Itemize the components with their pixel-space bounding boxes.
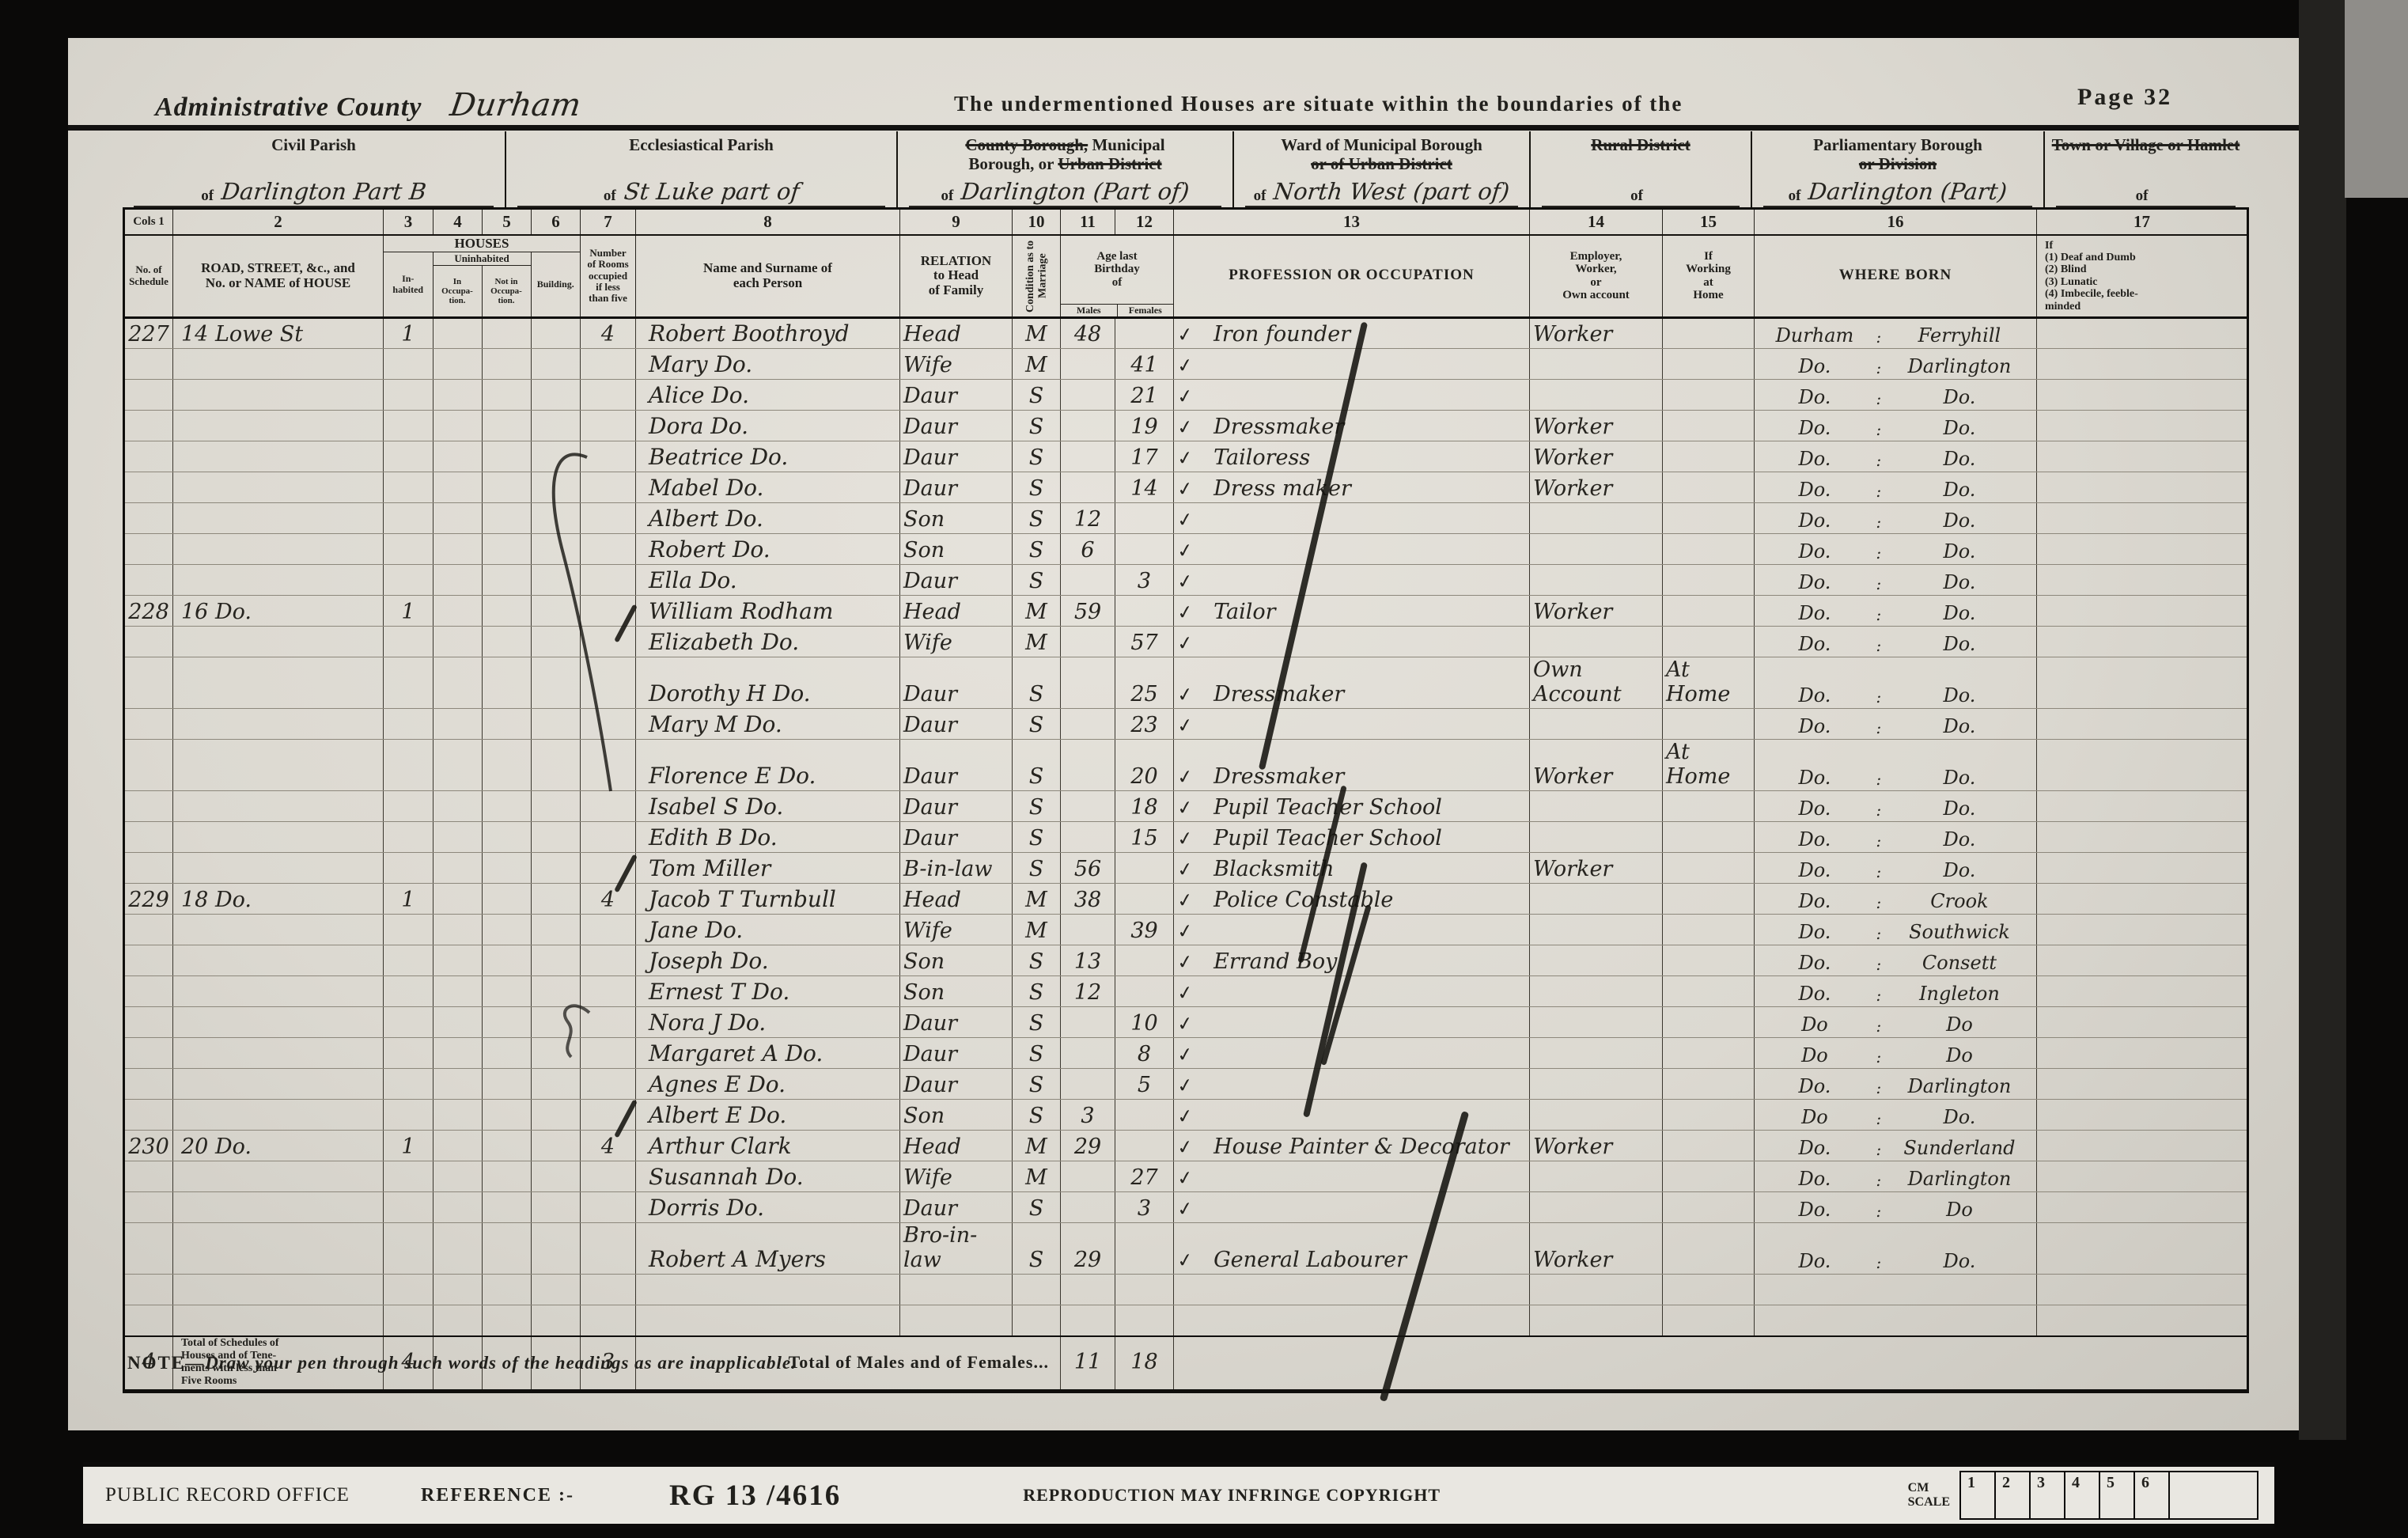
district-value: of bbox=[1542, 178, 1740, 207]
cell-uninhabited-not bbox=[483, 1007, 532, 1038]
cell-address bbox=[173, 1038, 384, 1069]
cell-name: Margaret A Do. bbox=[636, 1038, 900, 1069]
cell-rooms bbox=[581, 349, 636, 380]
cell-name: Arthur Clark bbox=[636, 1131, 900, 1161]
cell-age-male: 59 bbox=[1061, 596, 1115, 627]
cell-schedule bbox=[124, 503, 173, 534]
cell-age-male: 12 bbox=[1061, 503, 1115, 534]
cell-infirmity bbox=[2037, 411, 2248, 441]
cell-at-home bbox=[1663, 915, 1755, 945]
cell-employer bbox=[1530, 503, 1663, 534]
cell-schedule: 230 bbox=[124, 1131, 173, 1161]
cell-condition: S bbox=[1013, 791, 1061, 822]
header-in-occupation: In Occupa- tion. bbox=[434, 266, 483, 316]
cell-building bbox=[532, 791, 581, 822]
cell-condition: M bbox=[1013, 1131, 1061, 1161]
cell-at-home bbox=[1663, 411, 1755, 441]
cell-rooms bbox=[581, 740, 636, 791]
cell-infirmity bbox=[2037, 1131, 2248, 1161]
district-box-rural-district: Rural Districtof bbox=[1531, 131, 1752, 207]
census-row: 22918 Do.14Jacob T TurnbullHeadM38✓Polic… bbox=[124, 884, 2248, 915]
cell-where-born bbox=[1755, 1275, 2037, 1305]
cell-where-born: Do:Do. bbox=[1755, 1100, 2037, 1131]
cell-relation: Son bbox=[900, 1100, 1013, 1131]
cell-age-female bbox=[1115, 1100, 1174, 1131]
cell-building bbox=[532, 627, 581, 657]
cell-condition: S bbox=[1013, 657, 1061, 709]
district-label: Rural District bbox=[1535, 136, 1746, 155]
census-row: Albert Do.SonS12✓Do.:Do. bbox=[124, 503, 2248, 534]
header-houses-group: HOUSES In- habited Uninhabited In Occupa… bbox=[384, 235, 581, 318]
cell-inhabited: 1 bbox=[384, 596, 434, 627]
cell-name: Ernest T Do. bbox=[636, 976, 900, 1007]
cell-employer bbox=[1530, 884, 1663, 915]
census-row: Nora J Do.DaurS10✓Do:Do bbox=[124, 1007, 2248, 1038]
cell-building bbox=[532, 945, 581, 976]
cell-occupation: ✓ bbox=[1174, 534, 1530, 565]
cell-age-female: 20 bbox=[1115, 740, 1174, 791]
cell-name: Dora Do. bbox=[636, 411, 900, 441]
cell-age-female bbox=[1115, 503, 1174, 534]
census-row: Dora Do.DaurS19✓DressmakerWorkerDo.:Do. bbox=[124, 411, 2248, 441]
cell-infirmity bbox=[2037, 1275, 2248, 1305]
header-females: Females bbox=[1118, 305, 1174, 316]
cell-where-born: Do.:Do. bbox=[1755, 596, 2037, 627]
cell-age-female bbox=[1115, 976, 1174, 1007]
cell-occupation: ✓ bbox=[1174, 1007, 1530, 1038]
cell-uninhabited-not bbox=[483, 627, 532, 657]
cell-address: 18 Do. bbox=[173, 884, 384, 915]
cell-inhabited bbox=[384, 1275, 434, 1305]
census-row: 22816 Do.1William RodhamHeadM59✓TailorWo… bbox=[124, 596, 2248, 627]
cell-occupation: ✓General Labourer bbox=[1174, 1223, 1530, 1275]
cell-infirmity bbox=[2037, 791, 2248, 822]
cell-schedule bbox=[124, 534, 173, 565]
census-row: Dorothy H Do.DaurS25✓DressmakerOwn Accou… bbox=[124, 657, 2248, 709]
cell-building bbox=[532, 534, 581, 565]
enumerator-tick: ✓ bbox=[1176, 796, 1195, 820]
cell-infirmity bbox=[2037, 976, 2248, 1007]
total-females: 18 bbox=[1115, 1336, 1174, 1392]
cell-schedule bbox=[124, 915, 173, 945]
cell-schedule: 227 bbox=[124, 318, 173, 349]
census-row: Beatrice Do.DaurS17✓TailoressWorkerDo.:D… bbox=[124, 441, 2248, 472]
enumerator-tick: ✓ bbox=[1176, 827, 1195, 851]
cell-building bbox=[532, 318, 581, 349]
cell-inhabited bbox=[384, 1100, 434, 1131]
cell-occupation: ✓ bbox=[1174, 1100, 1530, 1131]
film-edge-corner bbox=[2345, 0, 2408, 198]
cell-rooms bbox=[581, 791, 636, 822]
district-label: Town or Village or Hamlet bbox=[2050, 136, 2242, 155]
cell-employer bbox=[1530, 1038, 1663, 1069]
cell-name: Jane Do. bbox=[636, 915, 900, 945]
cell-uninhabited-not bbox=[483, 945, 532, 976]
cell-at-home bbox=[1663, 349, 1755, 380]
cell-inhabited bbox=[384, 1223, 434, 1275]
census-table: Cols 1 2 3 4 5 6 7 8 9 10 11 12 13 14 15… bbox=[123, 207, 2249, 1393]
cell-relation: Daur bbox=[900, 472, 1013, 503]
cell-building bbox=[532, 1275, 581, 1305]
cell-age-female bbox=[1115, 853, 1174, 884]
cell-infirmity bbox=[2037, 1069, 2248, 1100]
col-num-7: 7 bbox=[581, 209, 636, 235]
cell-name: Beatrice Do. bbox=[636, 441, 900, 472]
cell-address bbox=[173, 1223, 384, 1275]
cell-inhabited bbox=[384, 822, 434, 853]
cell-uninhabited-occ bbox=[434, 976, 483, 1007]
cell-inhabited bbox=[384, 534, 434, 565]
cell-rooms bbox=[581, 1069, 636, 1100]
cell-where-born: Do.:Do. bbox=[1755, 411, 2037, 441]
cell-relation: Daur bbox=[900, 657, 1013, 709]
cell-uninhabited-not bbox=[483, 915, 532, 945]
cell-address bbox=[173, 1275, 384, 1305]
cell-age-female bbox=[1115, 1223, 1174, 1275]
cell-address bbox=[173, 1305, 384, 1336]
district-label: Ecclesiastical Parish bbox=[511, 136, 892, 155]
cell-building bbox=[532, 596, 581, 627]
cell-schedule bbox=[124, 1069, 173, 1100]
cell-employer bbox=[1530, 380, 1663, 411]
cell-occupation: ✓ bbox=[1174, 1069, 1530, 1100]
cell-where-born: Do.:Do. bbox=[1755, 534, 2037, 565]
cell-at-home bbox=[1663, 791, 1755, 822]
cell-uninhabited-not bbox=[483, 1069, 532, 1100]
header-name-surname: Name and Surname of each Person bbox=[636, 235, 900, 318]
cell-age-male: 48 bbox=[1061, 318, 1115, 349]
cell-rooms bbox=[581, 853, 636, 884]
cell-uninhabited-occ bbox=[434, 740, 483, 791]
cell-name: Mabel Do. bbox=[636, 472, 900, 503]
cell-address bbox=[173, 441, 384, 472]
enumerator-tick: ✓ bbox=[1176, 714, 1195, 738]
cell-relation: Daur bbox=[900, 565, 1013, 596]
cell-occupation: ✓Dressmaker bbox=[1174, 657, 1530, 709]
enumerator-tick: ✓ bbox=[1176, 919, 1195, 944]
enumerator-tick: ✓ bbox=[1176, 1074, 1195, 1098]
cell-rooms bbox=[581, 915, 636, 945]
cell-inhabited bbox=[384, 740, 434, 791]
cell-age-female bbox=[1115, 318, 1174, 349]
cell-uninhabited-occ bbox=[434, 884, 483, 915]
cell-uninhabited-not bbox=[483, 411, 532, 441]
cell-uninhabited-occ bbox=[434, 503, 483, 534]
cell-employer bbox=[1530, 791, 1663, 822]
cell-infirmity bbox=[2037, 534, 2248, 565]
col-num-3: 3 bbox=[384, 209, 434, 235]
cell-rooms bbox=[581, 1275, 636, 1305]
cell-age-male bbox=[1061, 791, 1115, 822]
col-num-17: 17 bbox=[2037, 209, 2248, 235]
enumerator-tick: ✓ bbox=[1176, 1012, 1195, 1036]
cell-name: Mary Do. bbox=[636, 349, 900, 380]
cell-employer bbox=[1530, 1100, 1663, 1131]
cell-condition: S bbox=[1013, 740, 1061, 791]
cell-relation bbox=[900, 1275, 1013, 1305]
cell-inhabited bbox=[384, 1305, 434, 1336]
district-box-parliamentary-borough: Parliamentary Boroughor DivisionofDarlin… bbox=[1752, 131, 2045, 207]
cell-rooms bbox=[581, 709, 636, 740]
col-num-12: 12 bbox=[1115, 209, 1174, 235]
cell-age-male bbox=[1061, 1305, 1115, 1336]
census-row: Susannah Do.WifeM27✓Do.:Darlington bbox=[124, 1161, 2248, 1192]
header-working-at-home: If Working at Home bbox=[1663, 235, 1755, 318]
cell-infirmity bbox=[2037, 318, 2248, 349]
cell-infirmity bbox=[2037, 1007, 2248, 1038]
cell-inhabited: 1 bbox=[384, 1131, 434, 1161]
cell-age-female: 18 bbox=[1115, 791, 1174, 822]
cell-age-female: 19 bbox=[1115, 411, 1174, 441]
cell-schedule bbox=[124, 1223, 173, 1275]
cell-name: Isabel S Do. bbox=[636, 791, 900, 822]
cell-address bbox=[173, 915, 384, 945]
header-where-born: WHERE BORN bbox=[1755, 235, 2037, 318]
district-label: Ward of Municipal Boroughor of Urban Dis… bbox=[1239, 136, 1524, 173]
cell-where-born: Do:Do bbox=[1755, 1038, 2037, 1069]
cell-where-born: Do.:Do. bbox=[1755, 1223, 2037, 1275]
cell-age-male bbox=[1061, 657, 1115, 709]
cell-rooms bbox=[581, 596, 636, 627]
cell-at-home bbox=[1663, 503, 1755, 534]
cell-uninhabited-not bbox=[483, 441, 532, 472]
cell-condition: S bbox=[1013, 534, 1061, 565]
cell-inhabited bbox=[384, 472, 434, 503]
cell-name: Nora J Do. bbox=[636, 1007, 900, 1038]
cell-inhabited bbox=[384, 503, 434, 534]
census-row: Isabel S Do.DaurS18✓Pupil Teacher School… bbox=[124, 791, 2248, 822]
cell-relation: Wife bbox=[900, 627, 1013, 657]
enumerator-tick: ✓ bbox=[1176, 1043, 1195, 1067]
cell-name: Elizabeth Do. bbox=[636, 627, 900, 657]
cell-age-male: 6 bbox=[1061, 534, 1115, 565]
enumerator-tick: ✓ bbox=[1176, 683, 1195, 707]
district-value: ofDarlington (Part) bbox=[1763, 178, 2032, 207]
cell-rooms bbox=[581, 441, 636, 472]
cell-relation bbox=[900, 1305, 1013, 1336]
cell-condition: S bbox=[1013, 853, 1061, 884]
cell-occupation: ✓ bbox=[1174, 627, 1530, 657]
cell-uninhabited-occ bbox=[434, 1275, 483, 1305]
cell-infirmity bbox=[2037, 657, 2248, 709]
cell-at-home bbox=[1663, 884, 1755, 915]
cell-uninhabited-not bbox=[483, 1192, 532, 1223]
district-box-ward-of-borough: Ward of Municipal Boroughor of Urban Dis… bbox=[1234, 131, 1531, 207]
cell-schedule bbox=[124, 472, 173, 503]
census-row: Agnes E Do.DaurS5✓Do.:Darlington bbox=[124, 1069, 2248, 1100]
administrative-county: Administrative County Durham bbox=[155, 87, 917, 127]
cell-name: Ella Do. bbox=[636, 565, 900, 596]
cell-occupation: ✓ bbox=[1174, 380, 1530, 411]
cell-condition: M bbox=[1013, 318, 1061, 349]
cell-uninhabited-not bbox=[483, 534, 532, 565]
cell-uninhabited-not bbox=[483, 853, 532, 884]
cell-address bbox=[173, 349, 384, 380]
cell-name: Susannah Do. bbox=[636, 1161, 900, 1192]
cell-where-born bbox=[1755, 1305, 2037, 1336]
cm-scale-cell: 6 bbox=[2135, 1472, 2170, 1518]
cell-condition: S bbox=[1013, 822, 1061, 853]
cell-relation: Daur bbox=[900, 740, 1013, 791]
cell-condition: S bbox=[1013, 503, 1061, 534]
cell-building bbox=[532, 1192, 581, 1223]
cell-age-male bbox=[1061, 441, 1115, 472]
cell-building bbox=[532, 411, 581, 441]
cell-where-born: Do.:Do. bbox=[1755, 822, 2037, 853]
cell-relation: Wife bbox=[900, 915, 1013, 945]
cell-infirmity bbox=[2037, 627, 2248, 657]
cell-employer bbox=[1530, 945, 1663, 976]
cell-relation: Head bbox=[900, 884, 1013, 915]
cell-rooms bbox=[581, 976, 636, 1007]
cell-address bbox=[173, 657, 384, 709]
cell-employer: Worker bbox=[1530, 441, 1663, 472]
cell-at-home bbox=[1663, 1305, 1755, 1336]
enumerator-tick: ✓ bbox=[1176, 1104, 1195, 1129]
cell-at-home bbox=[1663, 709, 1755, 740]
census-row: Robert A MyersBro-in-lawS29✓General Labo… bbox=[124, 1223, 2248, 1275]
cell-relation: Daur bbox=[900, 822, 1013, 853]
cell-inhabited bbox=[384, 976, 434, 1007]
cell-relation: Wife bbox=[900, 349, 1013, 380]
cell-age-male bbox=[1061, 1007, 1115, 1038]
cell-relation: Daur bbox=[900, 380, 1013, 411]
cell-relation: B-in-law bbox=[900, 853, 1013, 884]
cell-at-home: At Home bbox=[1663, 740, 1755, 791]
cell-address bbox=[173, 853, 384, 884]
cell-condition: S bbox=[1013, 441, 1061, 472]
cell-infirmity bbox=[2037, 596, 2248, 627]
cell-building bbox=[532, 1038, 581, 1069]
cell-name: Alice Do. bbox=[636, 380, 900, 411]
cell-rooms bbox=[581, 1161, 636, 1192]
col-num-10: 10 bbox=[1013, 209, 1061, 235]
census-row: Florence E Do.DaurS20✓DressmakerWorkerAt… bbox=[124, 740, 2248, 791]
cell-rooms bbox=[581, 534, 636, 565]
cell-at-home bbox=[1663, 441, 1755, 472]
cell-schedule bbox=[124, 1275, 173, 1305]
cm-scale-label: CM SCALE bbox=[1908, 1481, 1950, 1509]
cell-at-home bbox=[1663, 945, 1755, 976]
col-num-6: 6 bbox=[532, 209, 581, 235]
cell-employer bbox=[1530, 822, 1663, 853]
pro-office-label: PUBLIC RECORD OFFICE bbox=[105, 1484, 350, 1506]
enumerator-tick: ✓ bbox=[1176, 354, 1195, 378]
cell-building bbox=[532, 976, 581, 1007]
cell-relation: Son bbox=[900, 945, 1013, 976]
cell-where-born: Do.:Southwick bbox=[1755, 915, 2037, 945]
cell-occupation: ✓Dressmaker bbox=[1174, 740, 1530, 791]
cell-building bbox=[532, 349, 581, 380]
cell-age-male bbox=[1061, 1275, 1115, 1305]
cell-age-female: 21 bbox=[1115, 380, 1174, 411]
cell-inhabited: 1 bbox=[384, 884, 434, 915]
cell-occupation: ✓Dress maker bbox=[1174, 472, 1530, 503]
census-row: Dorris Do.DaurS3✓Do.:Do bbox=[124, 1192, 2248, 1223]
cell-name: Robert A Myers bbox=[636, 1223, 900, 1275]
cell-name bbox=[636, 1275, 900, 1305]
cell-age-female: 10 bbox=[1115, 1007, 1174, 1038]
cell-infirmity bbox=[2037, 441, 2248, 472]
cell-at-home bbox=[1663, 380, 1755, 411]
cell-uninhabited-occ bbox=[434, 1192, 483, 1223]
column-headers-row: No. of Schedule ROAD, STREET, &c., and N… bbox=[124, 235, 2248, 318]
cell-rooms: 4 bbox=[581, 318, 636, 349]
district-value: ofDarlington (Part of) bbox=[909, 178, 1221, 207]
cell-infirmity bbox=[2037, 853, 2248, 884]
cell-at-home bbox=[1663, 1131, 1755, 1161]
cell-occupation: ✓Iron founder bbox=[1174, 318, 1530, 349]
col-num-15: 15 bbox=[1663, 209, 1755, 235]
census-row: Ella Do.DaurS3✓Do.:Do. bbox=[124, 565, 2248, 596]
cell-at-home bbox=[1663, 1223, 1755, 1275]
cell-inhabited bbox=[384, 411, 434, 441]
enumerator-tick: ✓ bbox=[1176, 765, 1195, 790]
cell-uninhabited-occ bbox=[434, 822, 483, 853]
cell-age-female: 27 bbox=[1115, 1161, 1174, 1192]
cell-name: Agnes E Do. bbox=[636, 1069, 900, 1100]
cell-condition: M bbox=[1013, 596, 1061, 627]
cell-where-born: Do.:Do. bbox=[1755, 657, 2037, 709]
district-label: County Borough, MunicipalBorough, or Urb… bbox=[903, 136, 1228, 173]
cell-employer bbox=[1530, 565, 1663, 596]
page-number: Page 32 bbox=[2077, 84, 2172, 111]
header-uninhabited-group: Uninhabited In Occupa- tion. Not in Occu… bbox=[434, 252, 532, 316]
administrative-county-value: Durham bbox=[440, 87, 920, 127]
cell-infirmity bbox=[2037, 380, 2248, 411]
district-boxes: Civil ParishofDarlington Part BEcclesias… bbox=[123, 131, 2247, 207]
cell-relation: Daur bbox=[900, 411, 1013, 441]
cell-infirmity bbox=[2037, 1305, 2248, 1336]
cell-relation: Daur bbox=[900, 1038, 1013, 1069]
cell-occupation: ✓Pupil Teacher School bbox=[1174, 791, 1530, 822]
district-value: ofSt Luke part of bbox=[517, 178, 885, 207]
cell-age-male bbox=[1061, 915, 1115, 945]
cell-condition: M bbox=[1013, 349, 1061, 380]
district-box-ecclesiastical-parish: Ecclesiastical ParishofSt Luke part of bbox=[506, 131, 898, 207]
cell-condition: S bbox=[1013, 945, 1061, 976]
enumerator-tick: ✓ bbox=[1176, 446, 1195, 471]
cell-schedule bbox=[124, 822, 173, 853]
cell-address bbox=[173, 534, 384, 565]
cell-at-home bbox=[1663, 1100, 1755, 1131]
cell-at-home bbox=[1663, 822, 1755, 853]
cell-uninhabited-occ bbox=[434, 565, 483, 596]
cell-infirmity bbox=[2037, 503, 2248, 534]
cell-where-born: Do.:Do. bbox=[1755, 853, 2037, 884]
cell-age-female bbox=[1115, 945, 1174, 976]
cell-occupation: ✓Tailor bbox=[1174, 596, 1530, 627]
cell-building bbox=[532, 503, 581, 534]
district-box-civil-parish: Civil ParishofDarlington Part B bbox=[123, 131, 506, 207]
enumerator-tick: ✓ bbox=[1176, 1248, 1195, 1273]
cell-inhabited bbox=[384, 380, 434, 411]
cell-inhabited bbox=[384, 565, 434, 596]
cell-age-female: 57 bbox=[1115, 627, 1174, 657]
cell-uninhabited-occ bbox=[434, 915, 483, 945]
cell-relation: Daur bbox=[900, 441, 1013, 472]
cell-inhabited bbox=[384, 1038, 434, 1069]
cm-scale-cell: 3 bbox=[2031, 1472, 2065, 1518]
cell-uninhabited-occ bbox=[434, 1069, 483, 1100]
cell-at-home bbox=[1663, 1038, 1755, 1069]
form-top-header: Administrative County Durham The underme… bbox=[68, 38, 2299, 125]
cell-name: Robert Boothroyd bbox=[636, 318, 900, 349]
cell-age-female bbox=[1115, 1131, 1174, 1161]
cell-schedule: 229 bbox=[124, 884, 173, 915]
cell-uninhabited-not bbox=[483, 1038, 532, 1069]
cell-occupation: ✓Pupil Teacher School bbox=[1174, 822, 1530, 853]
